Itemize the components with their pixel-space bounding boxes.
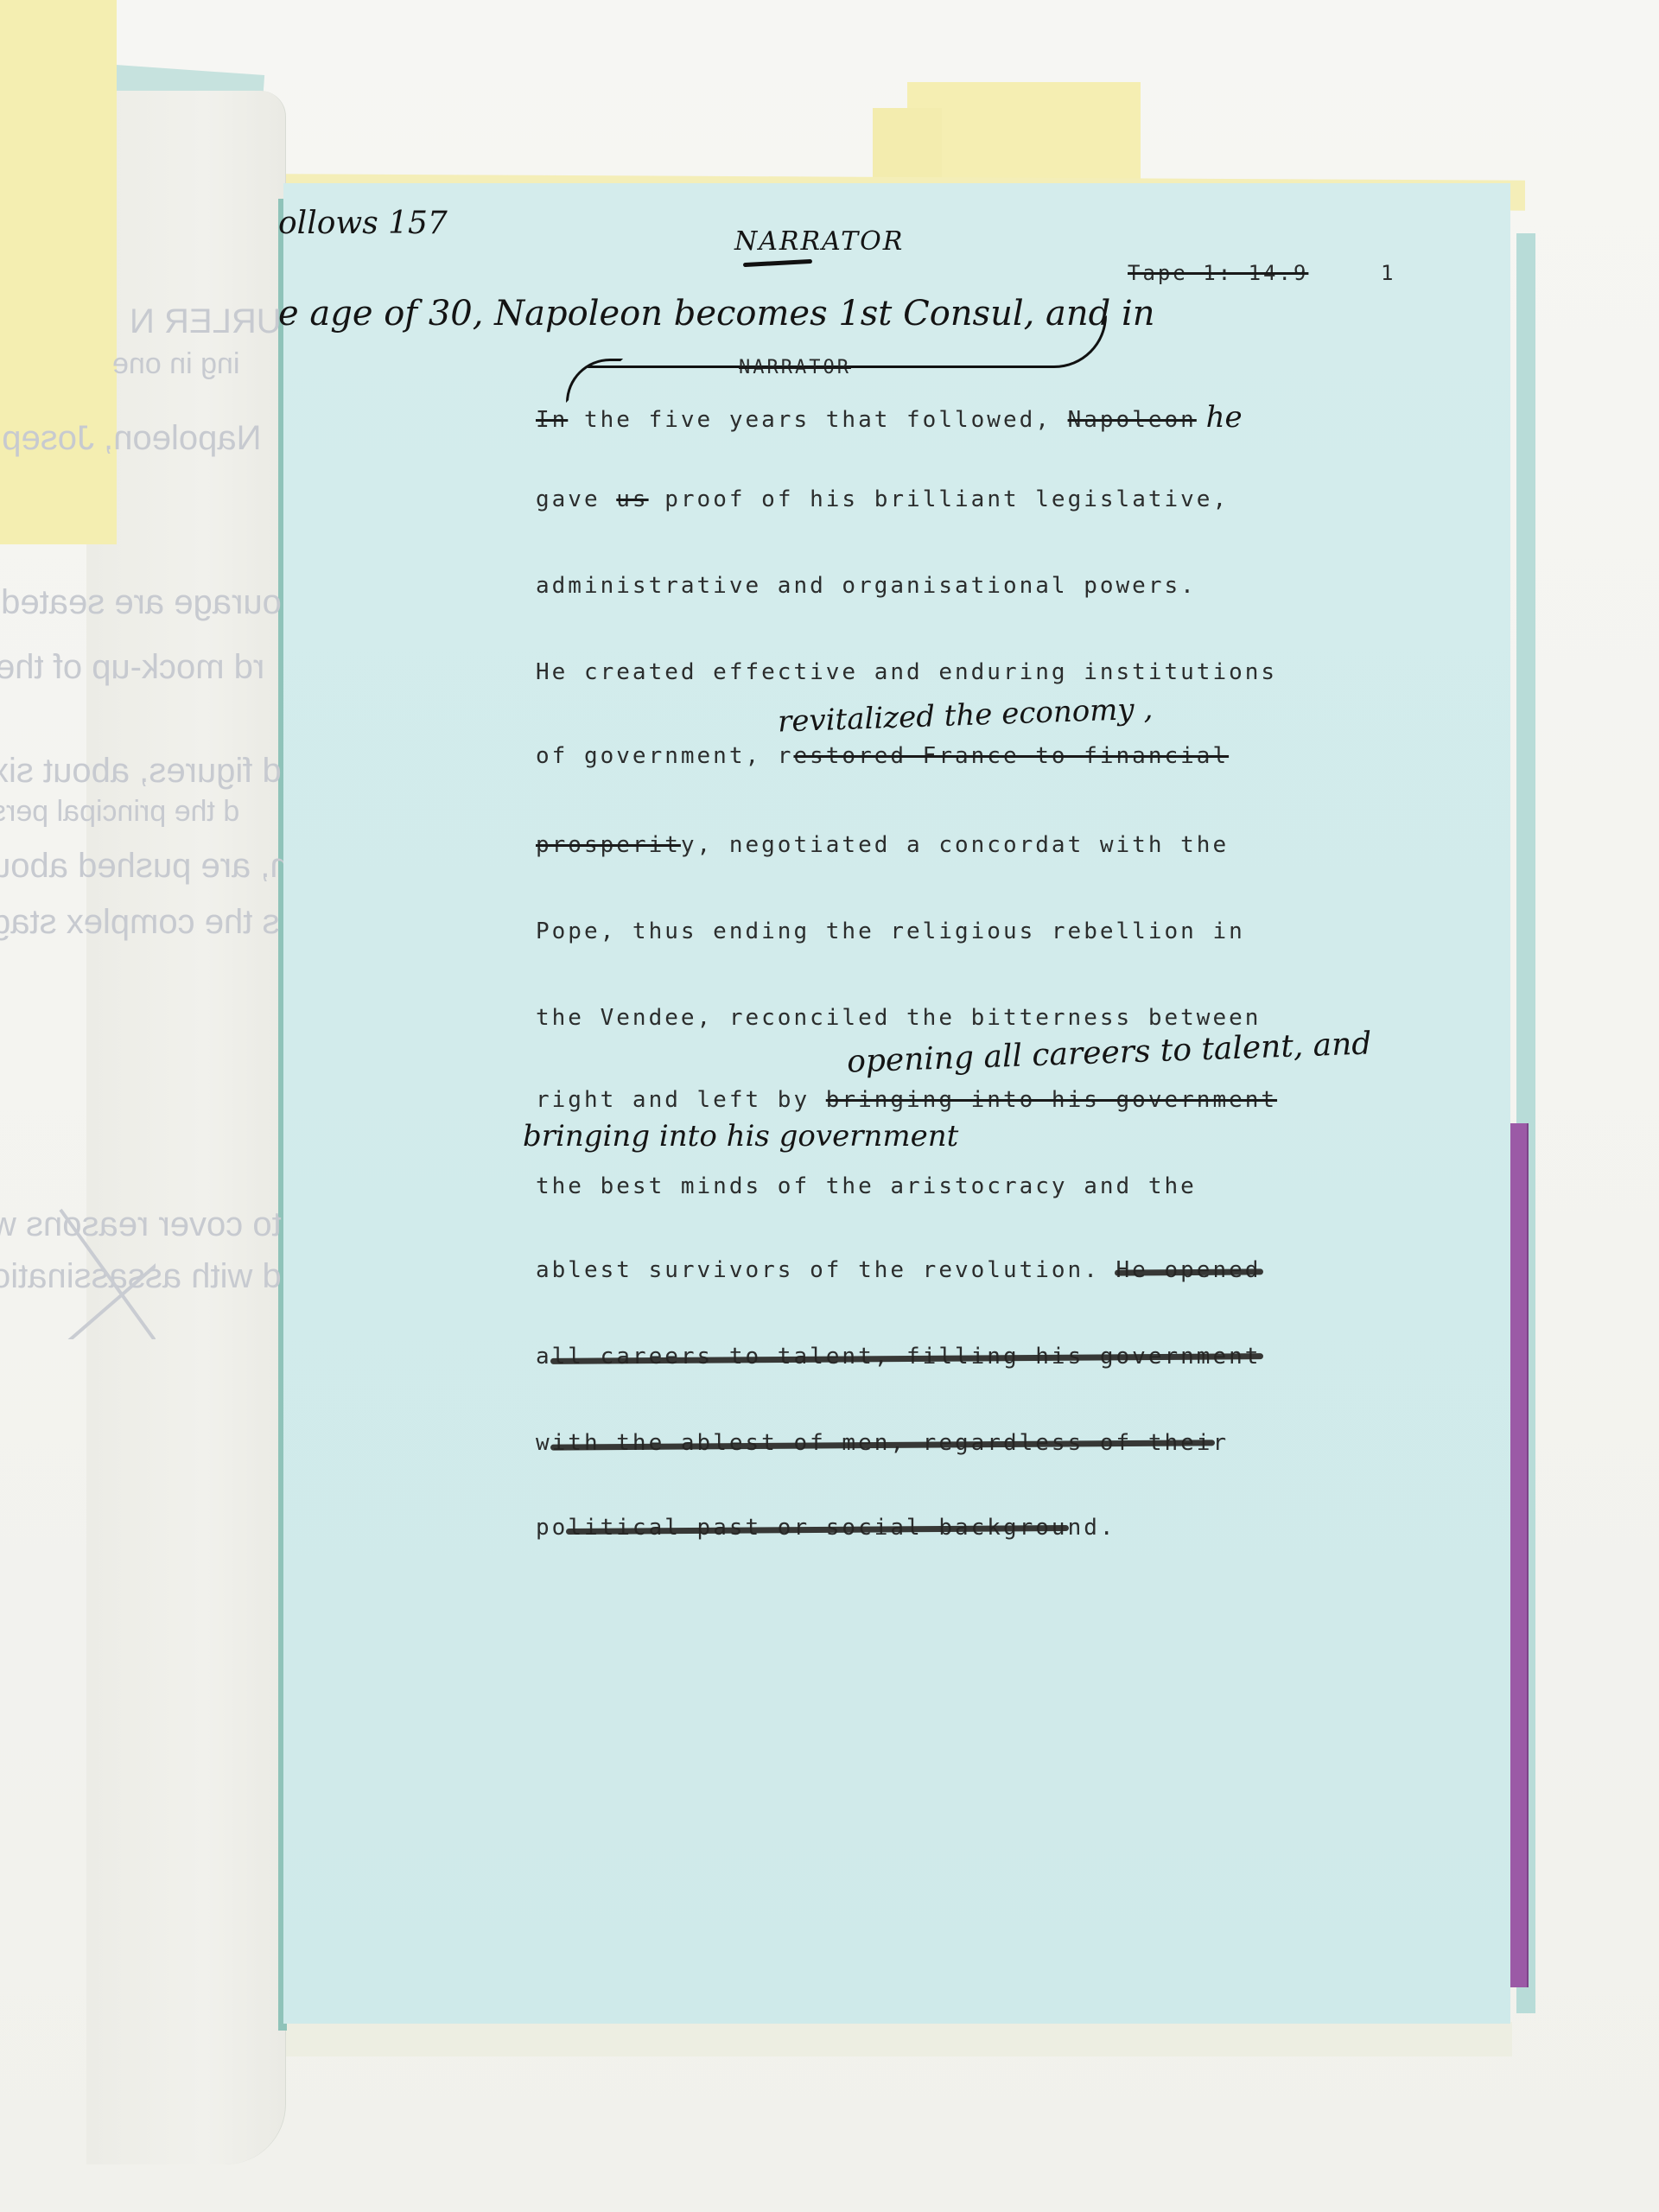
- typed-text: r: [1212, 1430, 1229, 1456]
- typed-text: gave: [536, 486, 616, 512]
- struck-text: He opened: [1116, 1257, 1262, 1283]
- ghost-text-line: d the principal pers: [0, 795, 239, 829]
- typed-text: right and left by: [536, 1087, 826, 1113]
- body-line-9: right and left by bringing into his gove…: [536, 1087, 1277, 1113]
- struck-text: bringing into his government: [826, 1087, 1277, 1113]
- page-stack-bottom-edge: [285, 2022, 1512, 2056]
- ghost-text-line: s the complex stag: [0, 903, 280, 942]
- struck-text: ll careers to talent, filling his govern…: [552, 1344, 1262, 1370]
- typed-text: w: [536, 1430, 552, 1456]
- ghost-cross-mark-icon: [26, 1201, 156, 1339]
- ghost-text-line: ourage are seated,: [0, 583, 282, 622]
- tape-reference: Tape 1: 14.9: [1128, 261, 1308, 285]
- typed-text: po: [536, 1515, 568, 1541]
- ghost-text-line: TURLER N: [130, 302, 302, 341]
- purple-sheet-edge: [1508, 1123, 1529, 1987]
- speaker-label-typed: NARRATOR: [739, 357, 851, 378]
- typed-text: proof of his brilliant legislative,: [649, 486, 1230, 512]
- struck-text: litical past or social backgrou: [568, 1515, 1067, 1541]
- left-yellow-flag: [0, 0, 117, 544]
- body-line-6: prosperity, negotiated a concordat with …: [536, 832, 1229, 858]
- typed-text: the five years that followed,: [568, 407, 1067, 433]
- handwritten-insert: he: [1197, 400, 1243, 435]
- struck-text: In: [536, 407, 568, 433]
- body-line-10: the best minds of the aristocracy and th…: [536, 1173, 1197, 1199]
- struck-text: us: [616, 486, 648, 512]
- struck-text: estored France to financial: [793, 743, 1229, 769]
- body-line-5: of government, restored France to financ…: [536, 743, 1229, 769]
- handwritten-insert: bringing into his government: [523, 1119, 958, 1154]
- typed-text: nd.: [1068, 1515, 1116, 1541]
- ghost-text-line: Napoleon, Joseph: [0, 419, 261, 458]
- ghost-text-line: n, are pushed abou: [0, 847, 289, 886]
- body-line-14: political past or social background.: [536, 1515, 1116, 1541]
- typed-text: of government, r: [536, 743, 793, 769]
- speaker-label-handwritten: NARRATOR: [734, 226, 904, 257]
- typed-text: y, negotiated a concordat with the: [681, 832, 1229, 858]
- body-line-2: gave us proof of his brilliant legislati…: [536, 486, 1229, 512]
- body-line-3: administrative and organisational powers…: [536, 573, 1197, 599]
- ghost-text-line: rd mock-up of the: [0, 648, 264, 687]
- typed-text: ablest survivors of the revolution.: [536, 1257, 1116, 1283]
- body-line-12: all careers to talent, filling his gover…: [536, 1344, 1261, 1370]
- body-line-4: He created effective and enduring instit…: [536, 659, 1277, 685]
- page-number: 1: [1381, 261, 1395, 285]
- follows-note: ollows 157: [278, 206, 448, 241]
- body-line-13: with the ablest of men, regardless of th…: [536, 1430, 1229, 1456]
- body-line-7: Pope, thus ending the religious rebellio…: [536, 918, 1245, 944]
- body-line-11: ablest survivors of the revolution. He o…: [536, 1257, 1261, 1283]
- ghost-text-line: d figures, about six: [0, 752, 282, 791]
- struck-text: prosperit: [536, 832, 681, 858]
- struck-text: Napoleon: [1068, 407, 1197, 433]
- struck-text: ith the ablest of men, regardless of the…: [552, 1430, 1213, 1456]
- body-line-1: In the five years that followed, Napoleo…: [536, 400, 1243, 435]
- typed-text: a: [536, 1344, 552, 1370]
- body-line-8: the Vendee, reconciled the bitterness be…: [536, 1005, 1261, 1031]
- ghost-text-line: ing in one: [112, 347, 239, 381]
